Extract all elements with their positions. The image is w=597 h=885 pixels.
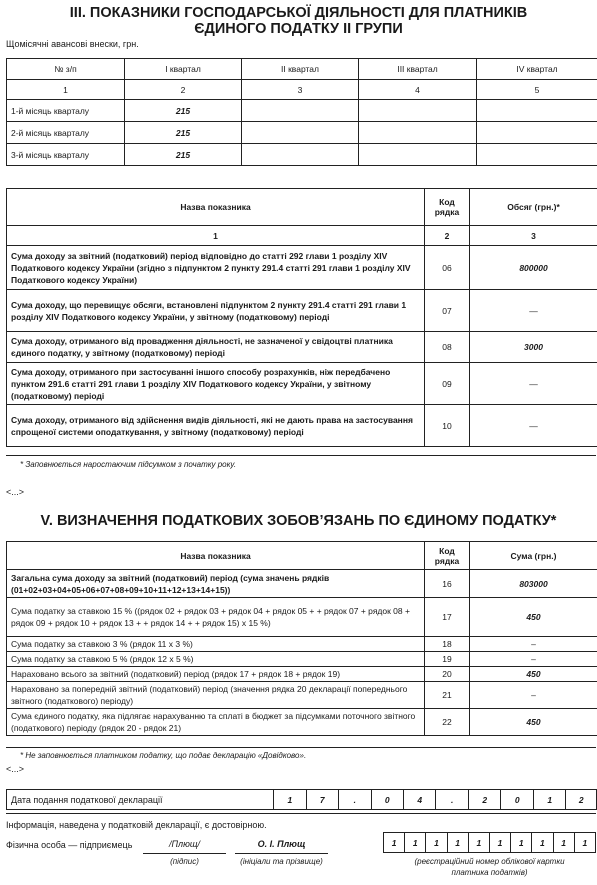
q3-value[interactable] (359, 122, 477, 144)
table-row: Нараховано за попередній звітний (податк… (7, 682, 597, 709)
tax-row-amount[interactable]: – (470, 652, 597, 667)
advance-payments-table: № з/п I квартал II квартал III квартал I… (6, 58, 597, 166)
table-row: Сума податку за ставкою 3 % (рядок 11 х … (7, 637, 597, 652)
advance-number-row: 1 2 3 4 5 (7, 80, 597, 100)
table-row: Сума доходу за звітний (податковий) пері… (7, 246, 597, 290)
section3-title-line2: ЄДИНОГО ПОДАТКУ ІІ ГРУПИ (0, 20, 597, 38)
tax-row-name: Загальна сума доходу за звітний (податко… (7, 570, 425, 598)
table-row: 2-й місяць кварталу 215 (7, 122, 597, 144)
divider (6, 747, 596, 748)
table-row: Сума доходу, отриманого при застосуванні… (7, 363, 597, 405)
q2-value[interactable] (242, 144, 359, 166)
tax-row-code: 20 (425, 667, 470, 682)
q1-value[interactable]: 215 (125, 122, 242, 144)
tax-row-name: Сума податку за ставкою 5 % (рядок 12 х … (7, 652, 425, 667)
tax-id-cell[interactable]: 1 (553, 833, 574, 853)
divider (6, 455, 596, 456)
q4-value[interactable] (477, 144, 597, 166)
indicator-amount[interactable]: — (470, 363, 597, 405)
tax-row-name: Сума єдиного податку, яка підлягає нарах… (7, 709, 425, 736)
tax-id-caption-line2: платника податків) (383, 868, 596, 877)
ellipsis: <...> (6, 487, 24, 497)
date-cell[interactable]: 2 (566, 790, 597, 810)
indicator-name: Сума доходу, отриманого при застосуванні… (7, 363, 425, 405)
col-number: 1 (7, 80, 125, 100)
q3-value[interactable] (359, 144, 477, 166)
col-number: 3 (470, 226, 597, 246)
date-cell[interactable]: 0 (371, 790, 403, 810)
tax-id-cell[interactable]: 1 (384, 833, 405, 853)
header-name: Назва показника (7, 542, 425, 570)
tax-header-row: Назва показника Код рядка Сума (грн.) (7, 542, 597, 570)
tax-row-amount[interactable]: – (470, 682, 597, 709)
indicator-code: 08 (425, 332, 470, 363)
indicator-code: 07 (425, 290, 470, 332)
tax-row-code: 21 (425, 682, 470, 709)
tax-row-code: 18 (425, 637, 470, 652)
month-label: 2-й місяць кварталу (7, 122, 125, 144)
month-label: 1-й місяць кварталу (7, 100, 125, 122)
month-label: 3-й місяць кварталу (7, 144, 125, 166)
q2-value[interactable] (242, 122, 359, 144)
tax-row-code: 19 (425, 652, 470, 667)
indicators-number-row: 1 2 3 (7, 226, 597, 246)
table-row: Сума доходу, що перевищує обсяги, встано… (7, 290, 597, 332)
header-amount: Обсяг (грн.)* (470, 189, 597, 226)
tax-row-amount[interactable]: 450 (470, 667, 597, 682)
tax-id-table: 1 1 1 1 1 1 1 1 1 1 (383, 832, 596, 853)
indicator-name: Сума доходу, що перевищує обсяги, встано… (7, 290, 425, 332)
name-line (235, 853, 328, 854)
tax-row-name: Сума податку за ставкою 15 % ((рядок 02 … (7, 598, 425, 637)
person-label: Фізична особа — підприємець (6, 840, 132, 850)
signature-caption: (підпис) (143, 857, 226, 866)
table-row: Нараховано всього за звітний (податковий… (7, 667, 597, 682)
table-row: Загальна сума доходу за звітний (податко… (7, 570, 597, 598)
indicator-name: Сума доходу, отриманого від провадження … (7, 332, 425, 363)
tax-id-cell[interactable]: 1 (426, 833, 447, 853)
q1-value[interactable]: 215 (125, 100, 242, 122)
indicator-name: Сума доходу за звітний (податковий) пері… (7, 246, 425, 290)
tax-row-name: Нараховано за попередній звітний (податк… (7, 682, 425, 709)
tax-id-cell[interactable]: 1 (468, 833, 489, 853)
accuracy-statement: Інформація, наведена у податковій деклар… (6, 820, 267, 830)
tax-row-amount[interactable]: 450 (470, 709, 597, 736)
advance-payments-caption: Щомісячні авансові внески, грн. (6, 39, 139, 49)
tax-id-cell[interactable]: 1 (489, 833, 510, 853)
header-code: Код рядка (425, 189, 470, 226)
date-separator: . (339, 790, 371, 810)
date-cell[interactable]: 7 (306, 790, 338, 810)
q2-value[interactable] (242, 100, 359, 122)
table-row: Сума єдиного податку, яка підлягає нарах… (7, 709, 597, 736)
indicator-code: 10 (425, 405, 470, 447)
header-name: Назва показника (7, 189, 425, 226)
section5-footnote: * Не заповнюється платником податку, що … (20, 751, 306, 760)
tax-row-amount[interactable]: 803000 (470, 570, 597, 598)
date-cell[interactable]: 4 (404, 790, 436, 810)
signature-value[interactable]: /Плющ/ (143, 839, 226, 849)
name-value[interactable]: О. І. Плющ (235, 839, 328, 849)
section5-title: V. ВИЗНАЧЕННЯ ПОДАТКОВИХ ЗОБОВ’ЯЗАНЬ ПО … (0, 512, 597, 530)
tax-id-cell[interactable]: 1 (405, 833, 426, 853)
tax-liabilities-table: Назва показника Код рядка Сума (грн.) За… (6, 541, 597, 736)
divider (6, 813, 596, 814)
q4-value[interactable] (477, 100, 597, 122)
indicators-header-row: Назва показника Код рядка Обсяг (грн.)* (7, 189, 597, 226)
header-q1: I квартал (125, 59, 242, 80)
q1-value[interactable]: 215 (125, 144, 242, 166)
tax-id-cell[interactable]: 1 (532, 833, 553, 853)
name-caption: (ініціали та прізвище) (235, 857, 328, 866)
tax-row-code: 16 (425, 570, 470, 598)
header-code: Код рядка (425, 542, 470, 570)
col-number: 2 (425, 226, 470, 246)
signature-line (143, 853, 226, 854)
tax-row-code: 22 (425, 709, 470, 736)
tax-row-amount[interactable]: – (470, 637, 597, 652)
col-number: 3 (242, 80, 359, 100)
table-row: Сума доходу, отриманого від провадження … (7, 332, 597, 363)
tax-row-amount[interactable]: 450 (470, 598, 597, 637)
q4-value[interactable] (477, 122, 597, 144)
tax-row-name: Сума податку за ставкою 3 % (рядок 11 х … (7, 637, 425, 652)
header-q2: II квартал (242, 59, 359, 80)
col-number: 5 (477, 80, 597, 100)
table-row: Сума податку за ставкою 15 % ((рядок 02 … (7, 598, 597, 637)
indicator-amount[interactable]: — (470, 405, 597, 447)
ellipsis: <...> (6, 764, 24, 774)
table-row: 1-й місяць кварталу 215 (7, 100, 597, 122)
date-separator: . (436, 790, 468, 810)
header-q3: III квартал (359, 59, 477, 80)
date-cell[interactable]: 2 (468, 790, 500, 810)
table-row: Сума податку за ставкою 5 % (рядок 12 х … (7, 652, 597, 667)
indicator-amount[interactable]: 3000 (470, 332, 597, 363)
section3-footnote: * Заповнюється наростаючим підсумком з п… (20, 460, 236, 469)
col-number: 2 (125, 80, 242, 100)
indicator-amount[interactable]: — (470, 290, 597, 332)
header-amount: Сума (грн.) (470, 542, 597, 570)
table-row: 3-й місяць кварталу 215 (7, 144, 597, 166)
col-number: 1 (7, 226, 425, 246)
submission-date-table: Дата подання податкової декларації 1 7 .… (6, 789, 597, 810)
tax-row-name: Нараховано всього за звітний (податковий… (7, 667, 425, 682)
indicator-code: 09 (425, 363, 470, 405)
date-cell[interactable]: 0 (501, 790, 533, 810)
tax-id-cell[interactable]: 1 (447, 833, 468, 853)
table-row: Сума доходу, отриманого від здійснення в… (7, 405, 597, 447)
advance-header-row: № з/п I квартал II квартал III квартал I… (7, 59, 597, 80)
submission-date-label: Дата подання податкової декларації (7, 790, 274, 810)
header-no: № з/п (7, 59, 125, 80)
col-number: 4 (359, 80, 477, 100)
q3-value[interactable] (359, 100, 477, 122)
header-q4: IV квартал (477, 59, 597, 80)
tax-id-caption-line1: (реєстраційний номер облікової картки (383, 857, 596, 866)
tax-id-cell[interactable]: 1 (574, 833, 595, 853)
tax-id-cell[interactable]: 1 (511, 833, 532, 853)
indicators-table: Назва показника Код рядка Обсяг (грн.)* … (6, 188, 597, 447)
indicator-code: 06 (425, 246, 470, 290)
indicator-name: Сума доходу, отриманого від здійснення в… (7, 405, 425, 447)
date-cell[interactable]: 1 (274, 790, 306, 810)
date-cell[interactable]: 1 (533, 790, 565, 810)
tax-row-code: 17 (425, 598, 470, 637)
indicator-amount[interactable]: 800000 (470, 246, 597, 290)
